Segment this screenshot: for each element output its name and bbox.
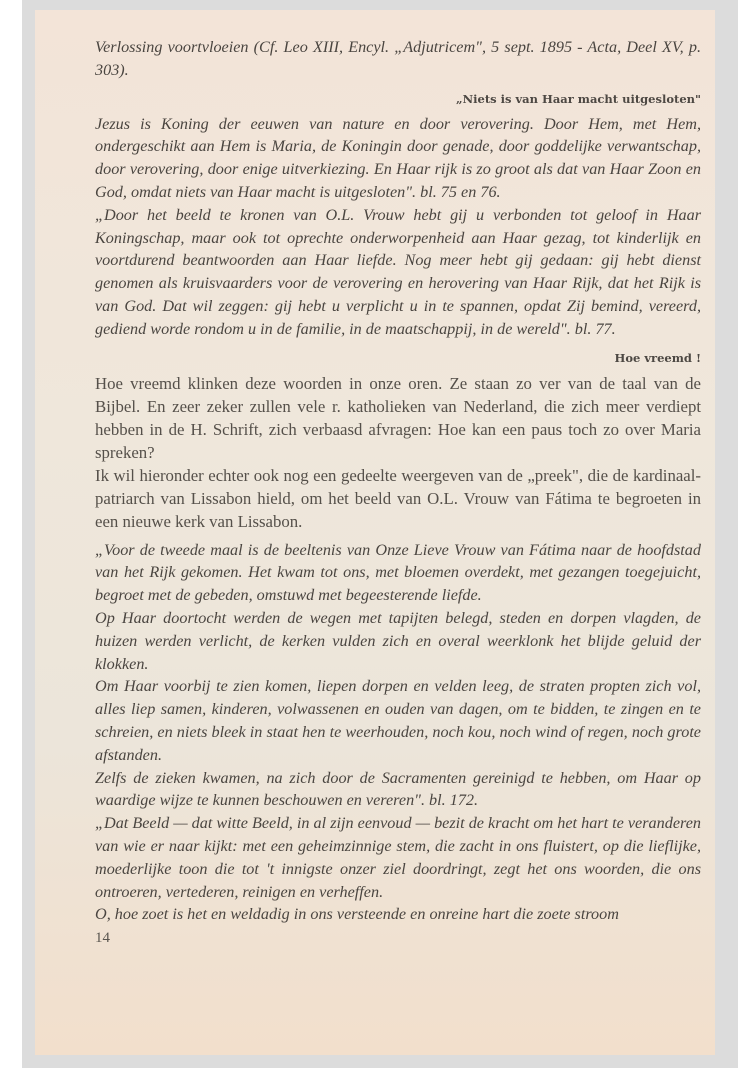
paragraph: Hoe vreemd klinken deze woorden in onze … <box>95 372 701 464</box>
paragraph: Ik wil hieronder echter ook nog een gede… <box>95 464 701 533</box>
quote-paragraph: Om Haar voorbij te zien komen, liepen do… <box>95 675 701 766</box>
quote-paragraph: Op Haar doortocht werden de wegen met ta… <box>95 607 701 675</box>
paragraph: „Door het beeld te kronen van O.L. Vrouw… <box>95 204 701 341</box>
paragraph: Jezus is Koning der eeuwen van nature en… <box>95 113 701 204</box>
section-heading-niets: „Niets is van Haar macht uitgesloten" <box>95 90 701 108</box>
quote-paragraph: Zelfs de zieken kwamen, na zich door de … <box>95 767 701 813</box>
quote-paragraph: O, hoe zoet is het en weldadig in ons ve… <box>95 903 701 926</box>
section-heading-hoe-vreemd: Hoe vreemd ! <box>95 349 701 367</box>
quote-paragraph: „Dat Beeld — dat witte Beeld, in al zijn… <box>95 812 701 903</box>
page-number: 14 <box>95 927 701 950</box>
page-content: Verlossing voortvloeien (Cf. Leo XIII, E… <box>95 36 701 950</box>
intro-citation: Verlossing voortvloeien (Cf. Leo XIII, E… <box>95 36 701 82</box>
book-page: Verlossing voortvloeien (Cf. Leo XIII, E… <box>35 10 715 1055</box>
quote-paragraph: „Voor de tweede maal is de beeltenis van… <box>95 539 701 607</box>
